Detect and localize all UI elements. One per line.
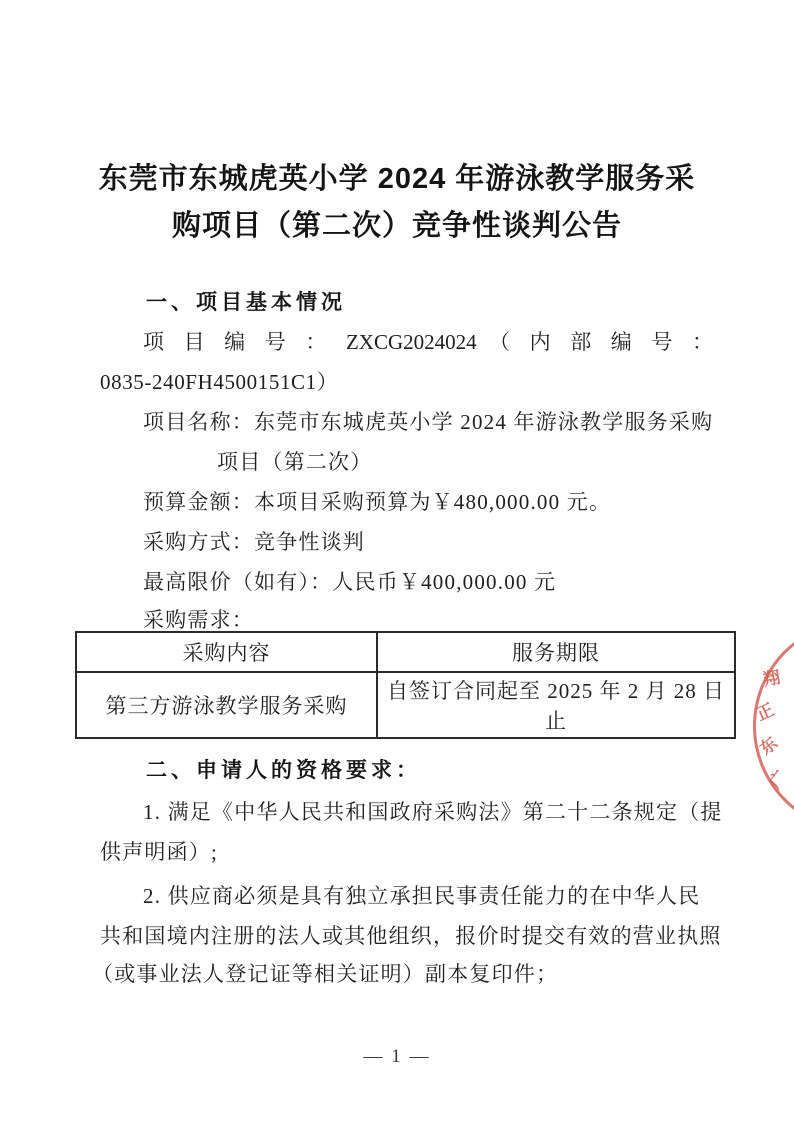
document-title: 东莞市东城虎英小学 2024 年游泳教学服务采 购项目（第二次）竞争性谈判公告 (0, 156, 794, 250)
official-seal-stamp: 广 东 正 翔 (753, 620, 794, 832)
seal-char: 翔 (761, 663, 782, 691)
seal-char: 东 (753, 729, 782, 759)
section1-heading: 一、项目基本情况 (146, 289, 346, 315)
budget-line: 预算金额：本项目采购预算为￥480,000.00 元。 (143, 489, 611, 515)
requirement1-line2: 供声明函）; (100, 839, 218, 865)
project-number-line2: 0835-240FH4500151C1） (100, 369, 338, 395)
table-row: 第三方游泳教学服务采购 自签订合同起至 2025 年 2 月 28 日止 (76, 672, 735, 738)
document-title-line2: 购项目（第二次）竞争性谈判公告 (0, 203, 794, 250)
page-number: — 1 — (0, 1046, 794, 1068)
table-header-content: 采购内容 (76, 632, 377, 672)
project-name-line2: 项目（第二次） (217, 449, 372, 475)
requirement1-line1: 1. 满足《中华人民共和国政府采购法》第二十二条规定（提 (143, 799, 723, 825)
seal-char: 正 (752, 696, 778, 726)
table-header-row: 采购内容 服务期限 (76, 632, 735, 672)
requirement2-line3: （或事业法人登记证等相关证明）副本复印件； (92, 961, 558, 987)
table-cell-period: 自签订合同起至 2025 年 2 月 28 日止 (377, 672, 735, 738)
section2-heading: 二、申请人的资格要求： (146, 757, 421, 783)
project-number-line1: 项 目 编 号 ： ZXCG2024024 （ 内 部 编 号 ： (100, 329, 713, 355)
table-header-period: 服务期限 (377, 632, 735, 672)
max-price-line: 最高限价（如有）：人民币￥400,000.00 元 (143, 569, 556, 595)
procurement-method-line: 采购方式：竞争性谈判 (143, 529, 365, 555)
demand-label: 采购需求： (143, 607, 254, 633)
seal-ring (753, 620, 794, 832)
project-name-line1: 项目名称：东莞市东城虎英小学 2024 年游泳教学服务采购 (143, 409, 713, 435)
document-title-line1: 东莞市东城虎英小学 2024 年游泳教学服务采 (0, 156, 794, 203)
requirement2-line2: 共和国境内注册的法人或其他组织，报价时提交有效的营业执照 (100, 923, 722, 949)
table-cell-content: 第三方游泳教学服务采购 (76, 672, 377, 738)
document-page: 东莞市东城虎英小学 2024 年游泳教学服务采 购项目（第二次）竞争性谈判公告 … (0, 0, 794, 1123)
procurement-table: 采购内容 服务期限 第三方游泳教学服务采购 自签订合同起至 2025 年 2 月… (75, 631, 736, 739)
requirement2-line1: 2. 供应商必须是具有独立承担民事责任能力的在中华人民 (143, 883, 700, 909)
seal-char: 广 (761, 764, 791, 793)
